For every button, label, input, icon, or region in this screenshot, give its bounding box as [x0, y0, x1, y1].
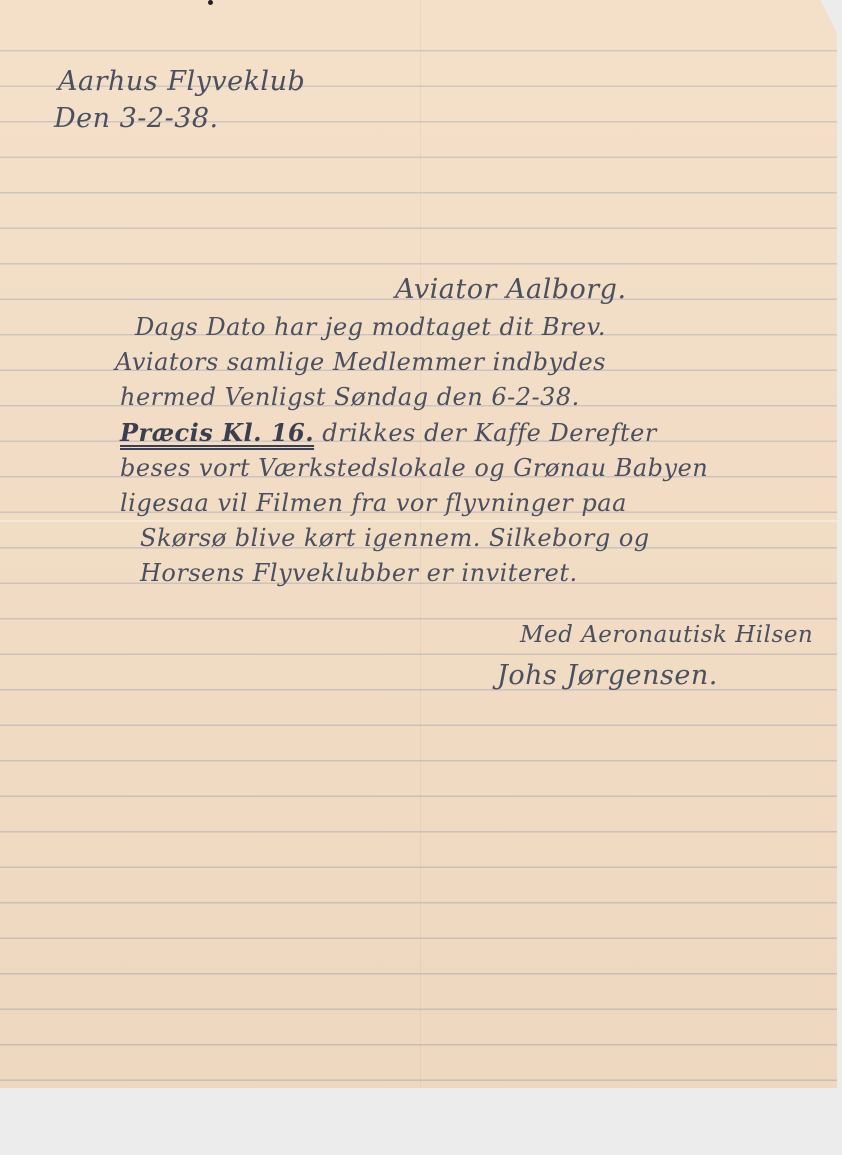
body-line-3: hermed Venligst Søndag den 6-2-38.: [120, 383, 580, 411]
body-line-8: Horsens Flyveklubber er inviteret.: [140, 559, 578, 587]
scanned-document: Aarhus Flyveklub Den 3-2-38. Aviator Aal…: [0, 0, 842, 1155]
lined-paper-sheet: Aarhus Flyveklub Den 3-2-38. Aviator Aal…: [0, 0, 837, 1088]
body-line-2: Aviators samlige Medlemmer indbydes: [115, 348, 606, 376]
ink-spot: [208, 0, 213, 5]
body-line-4: Præcis Kl. 16. drikkes der Kaffe Derefte…: [120, 418, 657, 447]
paper-fold-line: [0, 520, 837, 522]
body-line-6: ligesaa vil Filmen fra vor flyvninger pa…: [120, 489, 627, 517]
closing-salutation: Med Aeronautisk Hilsen: [520, 622, 813, 648]
underlined-time: Præcis Kl. 16.: [120, 418, 314, 447]
recipient-heading: Aviator Aalborg.: [395, 274, 627, 305]
body-line-7: Skørsø blive kørt igennem. Silkeborg og: [140, 524, 650, 552]
signature: Johs Jørgensen.: [497, 660, 718, 691]
body-line-4-text: drikkes der Kaffe Derefter: [314, 419, 657, 447]
sender-club: Aarhus Flyveklub: [58, 66, 305, 97]
body-line-1: Dags Dato har jeg modtaget dit Brev.: [135, 313, 606, 341]
body-line-5: beses vort Værkstedslokale og Grønau Bab…: [120, 454, 708, 482]
letter-date: Den 3-2-38.: [54, 103, 219, 134]
